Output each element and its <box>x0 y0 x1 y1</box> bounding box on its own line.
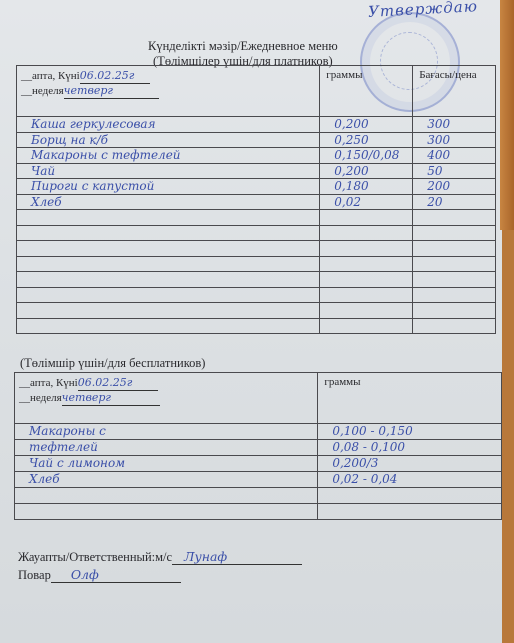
column-price: Бағасы/цена <box>413 66 496 117</box>
grams-column-cell: 0,200 <box>320 117 413 133</box>
grams-column-cell <box>318 488 502 504</box>
grams-column-cell <box>318 504 502 520</box>
dish-cell: Пироги с капустой <box>17 179 319 193</box>
cook-signature-line: ПоварОлф <box>18 567 181 583</box>
grams-column-cell: 0,200/3 <box>318 456 502 472</box>
grams-cell: 0,100 - 0,150 <box>318 424 501 438</box>
responsible-signature-line: Жауапты/Ответственный:м/сЛунаф <box>18 549 302 565</box>
date-cell: __апта, Күні06.02.25г __неделячетверг <box>17 66 320 117</box>
price-column-cell <box>413 318 496 334</box>
column-grams: граммы <box>320 66 413 117</box>
date-value: 06.02.25г <box>80 69 150 84</box>
price-column-cell: 50 <box>413 163 496 179</box>
dish-cell: Макароны с <box>15 424 317 438</box>
grams-cell: 0,08 - 0,100 <box>318 440 501 454</box>
dish-column-cell: Макароны с <box>15 424 318 440</box>
week-label: __апта, Күні <box>19 377 78 389</box>
grams-column-cell <box>320 256 413 272</box>
dish-column-cell <box>17 272 320 288</box>
table-row <box>17 287 496 303</box>
dish-column-cell: Макароны с тефтелей <box>17 148 320 164</box>
paid-menu-table: __апта, Күні06.02.25г __неделячетверг гр… <box>16 65 496 334</box>
table-row: Чай0,20050 <box>17 163 496 179</box>
grams-cell: 0,150/0,08 <box>320 148 412 162</box>
cook-label: Повар <box>18 568 51 582</box>
price-column-cell: 300 <box>413 132 496 148</box>
dish-column-cell <box>17 287 320 303</box>
responsible-label: Жауапты/Ответственный:м/с <box>18 550 172 564</box>
responsible-signature: Лунаф <box>172 549 302 565</box>
dish-cell: Борщ на к/б <box>17 133 319 147</box>
grams-column-cell <box>320 272 413 288</box>
dish-column-cell <box>17 225 320 241</box>
menu-title: Күнделікті мәзір/Ежедневное меню <box>148 39 338 54</box>
dish-column-cell <box>17 303 320 319</box>
price-column-cell: 200 <box>413 179 496 195</box>
dish-column-cell: Хлеб <box>17 194 320 210</box>
weekday-value: четверг <box>64 84 159 99</box>
table-row <box>17 241 496 257</box>
grams-column-cell <box>320 225 413 241</box>
price-cell: 200 <box>413 179 495 193</box>
table-row: Борщ на к/б0,250300 <box>17 132 496 148</box>
date-cell: __апта, Күні06.02.25г __неделячетверг <box>15 373 318 424</box>
grams-cell: 0,180 <box>320 179 412 193</box>
price-column-cell <box>413 241 496 257</box>
price-column-cell: 400 <box>413 148 496 164</box>
table-row <box>15 488 502 504</box>
table-row: Пироги с капустой0,180200 <box>17 179 496 195</box>
grams-column-cell <box>320 241 413 257</box>
table-row: тефтелей0,08 - 0,100 <box>15 440 502 456</box>
price-cell: 20 <box>413 195 495 209</box>
dish-column-cell <box>17 241 320 257</box>
dish-cell: Хлеб <box>17 195 319 209</box>
dish-column-cell: Каша геркулесовая <box>17 117 320 133</box>
table-surface <box>500 0 514 230</box>
table-row <box>17 303 496 319</box>
price-column-cell <box>413 210 496 226</box>
grams-cell: 0,250 <box>320 133 412 147</box>
table-row <box>15 504 502 520</box>
table-row: Макароны с0,100 - 0,150 <box>15 424 502 440</box>
grams-column-cell: 0,02 - 0,04 <box>318 472 502 488</box>
date-value: 06.02.25г <box>78 376 158 391</box>
table-row: Макароны с тефтелей0,150/0,08400 <box>17 148 496 164</box>
price-cell: 300 <box>413 133 495 147</box>
grams-cell: 0,02 <box>320 195 412 209</box>
dish-column-cell <box>17 210 320 226</box>
grams-column-cell <box>320 318 413 334</box>
table-row <box>17 318 496 334</box>
grams-column-cell: 0,200 <box>320 163 413 179</box>
price-column-cell <box>413 225 496 241</box>
dish-cell: Чай <box>17 164 319 178</box>
table-row: Хлеб0,0220 <box>17 194 496 210</box>
dish-column-cell: Борщ на к/б <box>17 132 320 148</box>
dish-cell: Каша геркулесовая <box>17 117 319 131</box>
dish-cell: тефтелей <box>15 440 317 454</box>
cook-signature: Олф <box>51 567 181 583</box>
table-row <box>17 256 496 272</box>
weekday-label: __неделя <box>21 85 64 97</box>
grams-cell: 0,200 <box>320 164 412 178</box>
table-row: Хлеб0,02 - 0,04 <box>15 472 502 488</box>
table-row: Чай с лимоном0,200/3 <box>15 456 502 472</box>
grams-column-cell <box>320 303 413 319</box>
weekday-label: __неделя <box>19 392 62 404</box>
dish-cell: Макароны с тефтелей <box>17 148 319 162</box>
dish-column-cell: Чай <box>17 163 320 179</box>
price-column-cell <box>413 256 496 272</box>
grams-cell: 0,200 <box>320 117 412 131</box>
grams-column-cell: 0,250 <box>320 132 413 148</box>
table-row <box>17 225 496 241</box>
grams-column-cell: 0,150/0,08 <box>320 148 413 164</box>
grams-column-cell: 0,02 <box>320 194 413 210</box>
price-column-cell <box>413 272 496 288</box>
grams-column-cell: 0,08 - 0,100 <box>318 440 502 456</box>
table-row <box>17 210 496 226</box>
column-grams: граммы <box>318 373 502 424</box>
grams-column-cell: 0,100 - 0,150 <box>318 424 502 440</box>
dish-column-cell <box>15 504 318 520</box>
price-cell: 400 <box>413 148 495 162</box>
grams-cell: 0,02 - 0,04 <box>318 472 501 486</box>
dish-column-cell: тефтелей <box>15 440 318 456</box>
price-cell: 50 <box>413 164 495 178</box>
table-row: Каша геркулесовая0,200300 <box>17 117 496 133</box>
price-column-cell <box>413 287 496 303</box>
price-column-cell <box>413 303 496 319</box>
dish-column-cell: Чай с лимоном <box>15 456 318 472</box>
grams-column-cell: 0,180 <box>320 179 413 195</box>
table-row <box>17 272 496 288</box>
menu-subtitle-free: (Төлімшір үшін/для бесплатников) <box>20 356 205 371</box>
grams-column-cell <box>320 210 413 226</box>
dish-column-cell <box>17 256 320 272</box>
dish-cell: Хлеб <box>15 472 317 486</box>
week-label: __апта, Күні <box>21 70 80 82</box>
grams-cell: 0,200/3 <box>318 456 501 470</box>
table-header: __апта, Күні06.02.25г __неделячетверг гр… <box>15 373 502 424</box>
table-header: __апта, Күні06.02.25г __неделячетверг гр… <box>17 66 496 117</box>
price-column-cell: 20 <box>413 194 496 210</box>
price-column-cell: 300 <box>413 117 496 133</box>
free-menu-table: __апта, Күні06.02.25г __неделячетверг гр… <box>14 372 502 520</box>
dish-cell: Чай с лимоном <box>15 456 317 470</box>
dish-column-cell <box>15 488 318 504</box>
dish-column-cell <box>17 318 320 334</box>
dish-column-cell: Пироги с капустой <box>17 179 320 195</box>
dish-column-cell: Хлеб <box>15 472 318 488</box>
grams-column-cell <box>320 287 413 303</box>
weekday-value: четверг <box>62 391 160 406</box>
price-cell: 300 <box>413 117 495 131</box>
